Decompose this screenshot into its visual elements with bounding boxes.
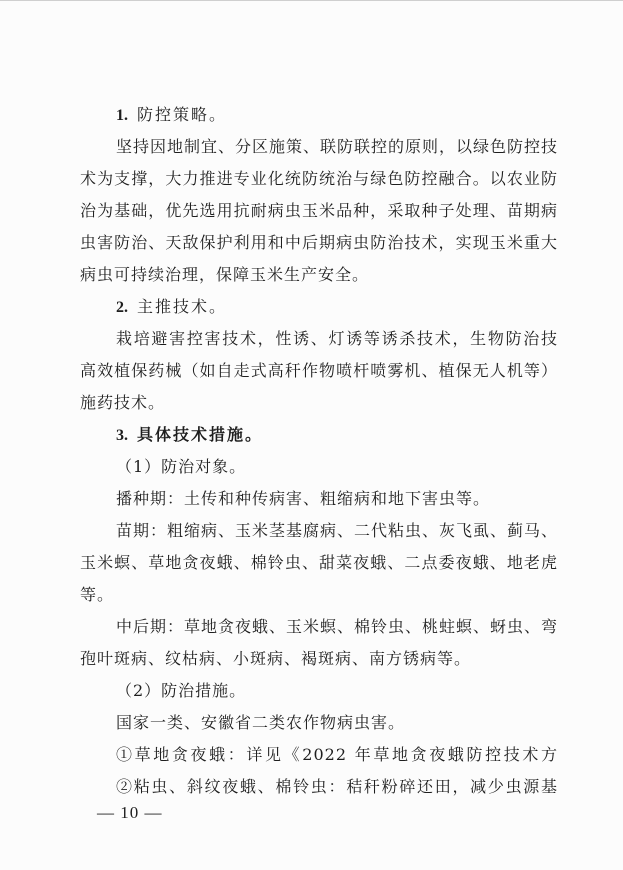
paragraph-line: 坚持因地制宜、分区施策、联防联控的原则，以绿色防控技 (80, 131, 558, 163)
paragraph-line: 玉米螟、草地贪夜蛾、棉铃虫、甜菜夜蛾、二点委夜蛾、地老虎 (80, 547, 558, 579)
paragraph-line: 等。 (80, 579, 558, 611)
paragraph-line: 国家一类、安徽省二类农作物病虫害。 (80, 707, 558, 739)
heading-title: 主推技术。 (137, 297, 227, 316)
document-page: 1.防控策略。 坚持因地制宜、分区施策、联防联控的原则，以绿色防控技 术为支撑，… (80, 99, 558, 803)
paragraph-line: 虫害防治、天敌保护利用和中后期病虫防治技术，实现玉米重大 (80, 227, 558, 259)
paragraph-line: 栽培避害控害技术，性诱、灯诱等诱杀技术，生物防治技术， (80, 323, 558, 355)
page-top-edge (0, 0, 623, 1)
subsection-heading-measures: （2）防治措施。 (80, 675, 558, 707)
paragraph-line: 治为基础，优先选用抗耐病虫玉米品种，采取种子处理、苗期病 (80, 195, 558, 227)
list-item-fall-armyworm: ①草地贪夜蛾：详见《2022 年草地贪夜蛾防控技术方案》。 (80, 739, 558, 771)
paragraph-line-sowing-period: 播种期：土传和种传病害、粗缩病和地下害虫等。 (80, 483, 558, 515)
paragraph-line: 术为支撑，大力推进专业化统防统治与绿色防控融合。以农业防 (80, 163, 558, 195)
section-heading-main-techniques: 2.主推技术。 (80, 291, 558, 323)
subsection-heading-targets: （1）防治对象。 (80, 451, 558, 483)
paragraph-line: 孢叶斑病、纹枯病、小斑病、褐斑病、南方锈病等。 (80, 643, 558, 675)
page-number: — 10 — (97, 801, 163, 825)
section-heading-specific-measures: 3.具体技术措施。 (80, 419, 558, 451)
heading-title: 具体技术措施。 (137, 425, 263, 444)
heading-title: 防控策略。 (137, 105, 227, 124)
paragraph-line-mid-late-period: 中后期：草地贪夜蛾、玉米螟、棉铃虫、桃蛀螟、蚜虫、弯 (80, 611, 558, 643)
heading-number: 1. (116, 107, 128, 124)
paragraph-line: 施药技术。 (80, 387, 558, 419)
heading-number: 2. (116, 299, 128, 316)
heading-number: 3. (116, 427, 128, 444)
section-heading-strategy: 1.防控策略。 (80, 99, 558, 131)
paragraph-line: 病虫可持续治理，保障玉米生产安全。 (80, 259, 558, 291)
paragraph-line-seedling-period: 苗期：粗缩病、玉米茎基腐病、二代粘虫、灰飞虱、蓟马、 (80, 515, 558, 547)
paragraph-line: 高效植保药械（如自走式高秆作物喷杆喷雾机、植保无人机等） (80, 355, 558, 387)
list-item-armyworm: ②粘虫、斜纹夜蛾、棉铃虫：秸秆粉碎还田，减少虫源基数； (80, 771, 558, 803)
